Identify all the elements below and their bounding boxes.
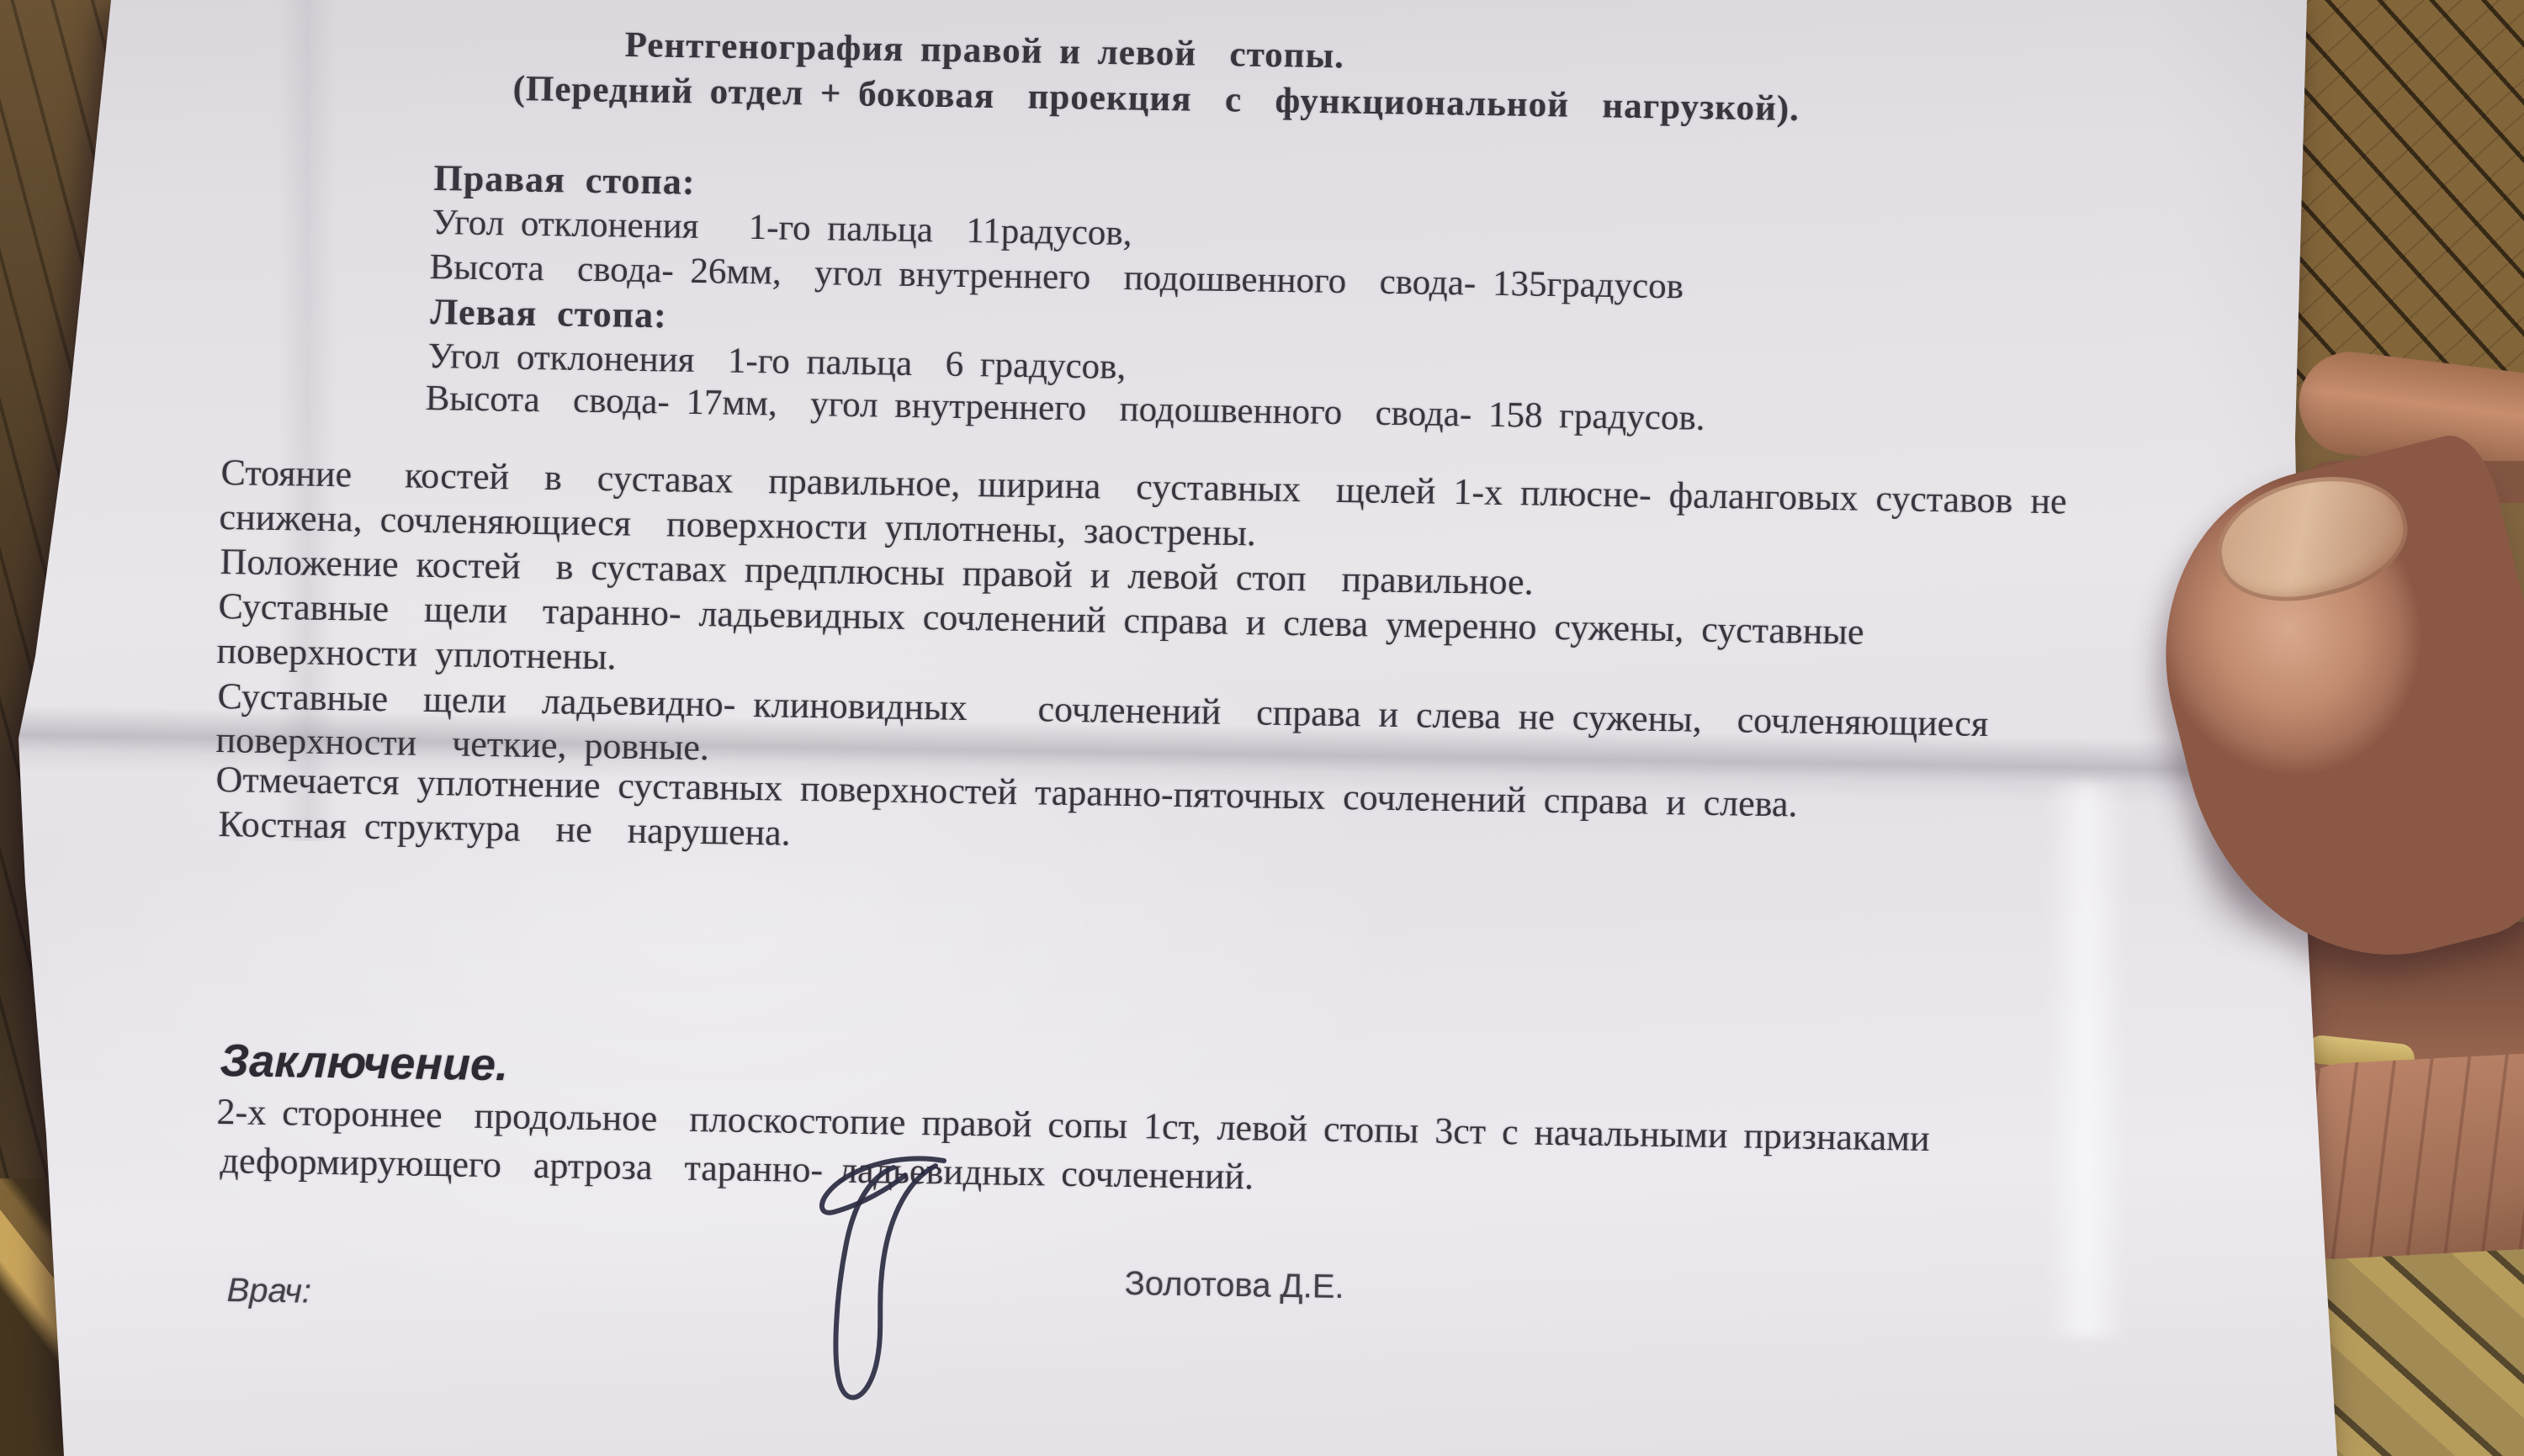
- photo-of-xray-report: Рентгенография правой и левой стопы. (Пе…: [0, 0, 2524, 1456]
- doctor-signature: [0, 0, 2524, 1456]
